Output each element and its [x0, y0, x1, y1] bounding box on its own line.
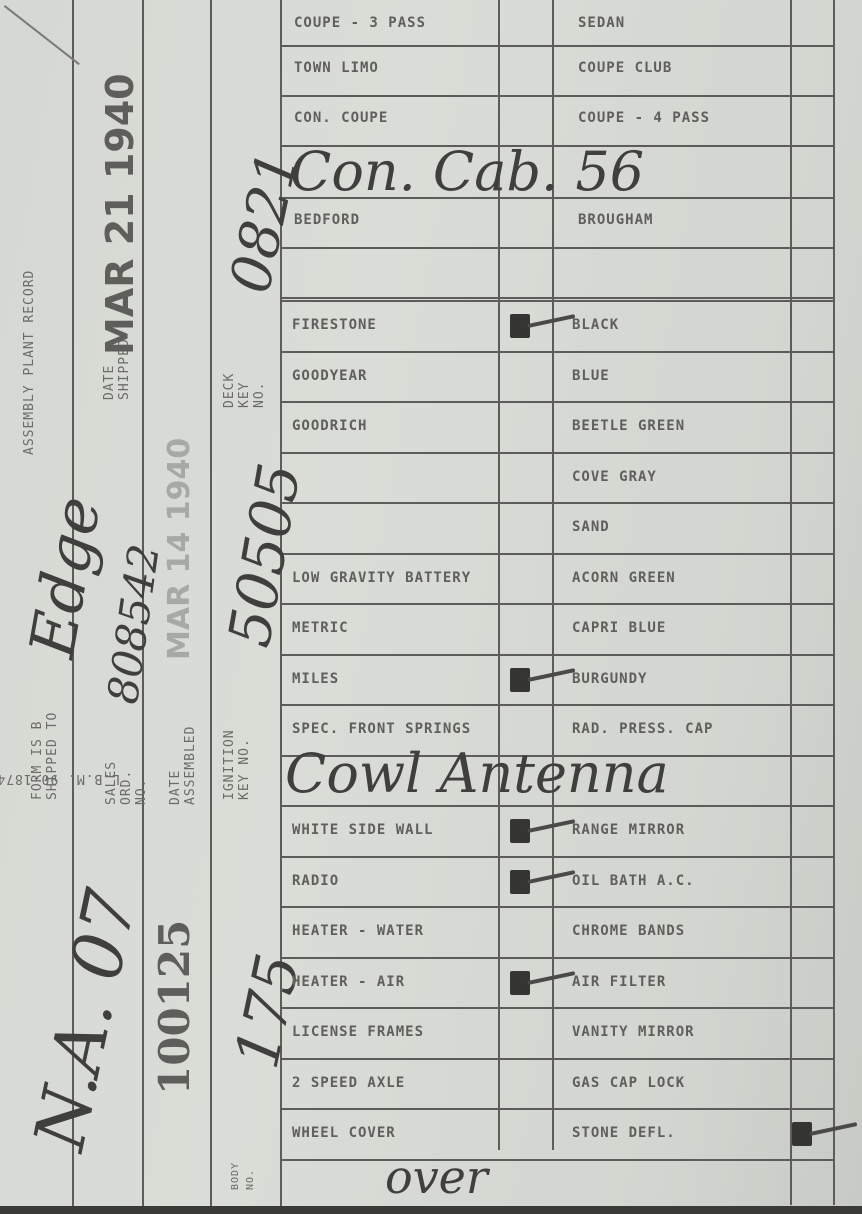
option-right-label: RANGE MIRROR: [572, 822, 685, 838]
record-title: ASSEMBLY PLANT RECORD: [22, 270, 37, 455]
grid-hline: [280, 297, 835, 299]
option-left-label: SPEC. FRONT SPRINGS: [292, 721, 471, 737]
option-left-label: HEATER - AIR: [292, 974, 405, 990]
option-left-checkmark[interactable]: [510, 314, 530, 338]
handwritten-left-code: N.A. 07: [18, 883, 153, 1157]
option-right-label: RAD. PRESS. CAP: [572, 721, 713, 737]
option-right-label: BLACK: [572, 317, 619, 333]
option-right-label: COVE GRAY: [572, 469, 657, 485]
option-right-label: BEETLE GREEN: [572, 418, 685, 434]
option-left-label: FIRESTONE: [292, 317, 377, 333]
serial-number: 100125: [150, 920, 199, 1095]
deck-key-label: DECK KEY NO.: [222, 348, 267, 408]
grid-hline: [280, 95, 835, 97]
option-right-label: BLUE: [572, 368, 610, 384]
grid-hline: [280, 603, 835, 605]
body-style-left: BEDFORD: [294, 212, 360, 228]
option-left-label: HEATER - WATER: [292, 923, 424, 939]
grid-hline: [280, 957, 835, 959]
option-left-label: GOODYEAR: [292, 368, 367, 384]
grid-hline: [280, 401, 835, 403]
body-style-left: CON. COUPE: [294, 110, 388, 126]
option-right-label: CAPRI BLUE: [572, 620, 666, 636]
grid-hline: [280, 247, 835, 249]
note-con-cab: Con. Cab. 56: [290, 140, 644, 203]
option-right-label: BURGUNDY: [572, 671, 647, 687]
grid-hline: [280, 654, 835, 656]
grid-hline: [280, 45, 835, 47]
option-right-label: CHROME BANDS: [572, 923, 685, 939]
body-style-right: SEDAN: [578, 15, 625, 31]
option-left-label: WHITE SIDE WALL: [292, 822, 433, 838]
date-shipped-value: MAR 21 1940: [98, 73, 142, 355]
grid-hline: [280, 805, 835, 807]
body-style-right: BROUGHAM: [578, 212, 653, 228]
grid-hline: [280, 856, 835, 858]
option-left-label: METRIC: [292, 620, 349, 636]
ignition-key-label: IGNITION KEY NO.: [222, 730, 252, 800]
body-style-left: COUPE - 3 PASS: [294, 15, 426, 31]
option-left-label: LOW GRAVITY BATTERY: [292, 570, 471, 586]
shipped-to-label: FORM IS B SHIPPED TO: [30, 710, 60, 800]
body-style-right: COUPE - 4 PASS: [578, 110, 710, 126]
body-no-value: 175: [222, 948, 314, 1075]
option-right-checkmark[interactable]: [792, 1122, 812, 1146]
option-left-label: WHEEL COVER: [292, 1125, 396, 1141]
option-right-label: GAS CAP LOCK: [572, 1075, 685, 1091]
grid-hline: [280, 1058, 835, 1060]
option-left-label: GOODRICH: [292, 418, 367, 434]
grid-hline: [280, 351, 835, 353]
note-cowl-antenna: Cowl Antenna: [285, 742, 669, 805]
shipped-to-value: Edge: [15, 491, 115, 663]
body-style-right: COUPE CLUB: [578, 60, 672, 76]
grid-hline: [280, 553, 835, 555]
date-assembled-value: MAR 14 1940: [162, 438, 197, 660]
option-right-label: ACORN GREEN: [572, 570, 676, 586]
card-bottom-edge: [0, 1206, 862, 1214]
option-left-label: 2 SPEED AXLE: [292, 1075, 405, 1091]
grid-hline: [280, 1108, 835, 1110]
grid-hline: [280, 1159, 835, 1161]
grid-hline: [280, 906, 835, 908]
grid-vline: [210, 0, 212, 1214]
note-over: over: [385, 1150, 488, 1204]
grid-hline: [280, 502, 835, 504]
body-style-left: TOWN LIMO: [294, 60, 379, 76]
option-right-label: AIR FILTER: [572, 974, 666, 990]
form-code: L.B.M. 90-1874: [0, 771, 120, 786]
grid-hline: [280, 300, 835, 302]
option-left-checkmark[interactable]: [510, 819, 530, 843]
grid-hline: [280, 704, 835, 706]
date-assembled-label: DATE ASSEMBLED: [168, 735, 198, 805]
sales-ord-value: 808542: [98, 541, 169, 707]
option-left-label: RADIO: [292, 873, 339, 889]
grid-hline: [280, 1007, 835, 1009]
option-right-label: SAND: [572, 519, 610, 535]
option-left-label: LICENSE FRAMES: [292, 1024, 424, 1040]
assembly-plant-record-card: ASSEMBLY PLANT RECORD FORM IS B SHIPPED …: [0, 0, 862, 1214]
option-right-label: STONE DEFL.: [572, 1125, 676, 1141]
option-left-label: MILES: [292, 671, 339, 687]
option-right-label: VANITY MIRROR: [572, 1024, 695, 1040]
body-no-label: BODY NO.: [228, 1150, 258, 1190]
grid-hline: [280, 452, 835, 454]
corner-diagonal: [4, 5, 80, 65]
option-right-label: OIL BATH A.C.: [572, 873, 695, 889]
